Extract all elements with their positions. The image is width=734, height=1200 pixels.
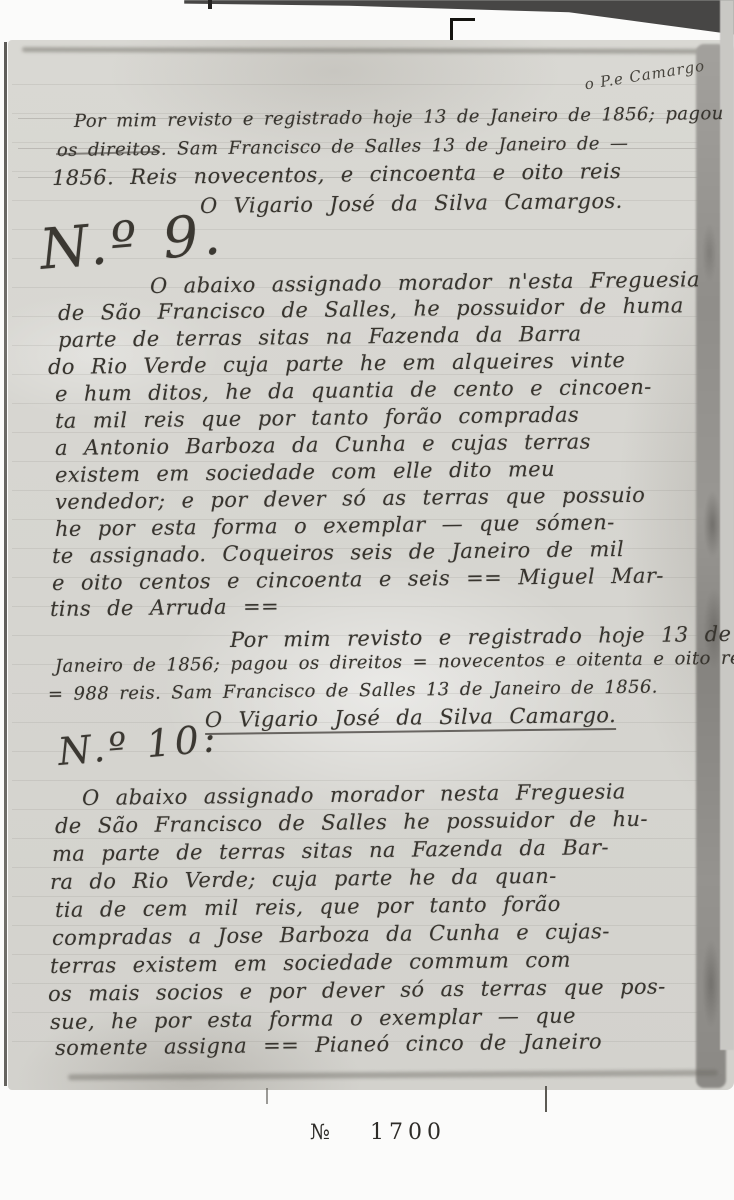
binding-edge-line [4,42,7,1086]
corner-bracket-mark [450,18,475,21]
registrar-signature-line: O Vigario José da Silva Camargo. [205,705,616,735]
page-edge-shadow [68,1070,718,1081]
pen-mark [266,1088,268,1104]
underlying-page-edge [720,0,734,1050]
page-edge-shadow [22,47,722,54]
folio-digits: 1700 [370,1120,446,1145]
registrar-signature-line: O Vigario José da Silva Camargos. [200,191,623,217]
numero-sign: № [310,1120,331,1144]
scan-mark [208,0,212,9]
pen-mark [545,1086,547,1112]
document-scan: o P.e Camargo Por mim revisto e registra… [0,0,734,1200]
folio-number: № 1700 [310,1120,446,1145]
entry-9-line: tins de Arruda == [50,596,279,620]
